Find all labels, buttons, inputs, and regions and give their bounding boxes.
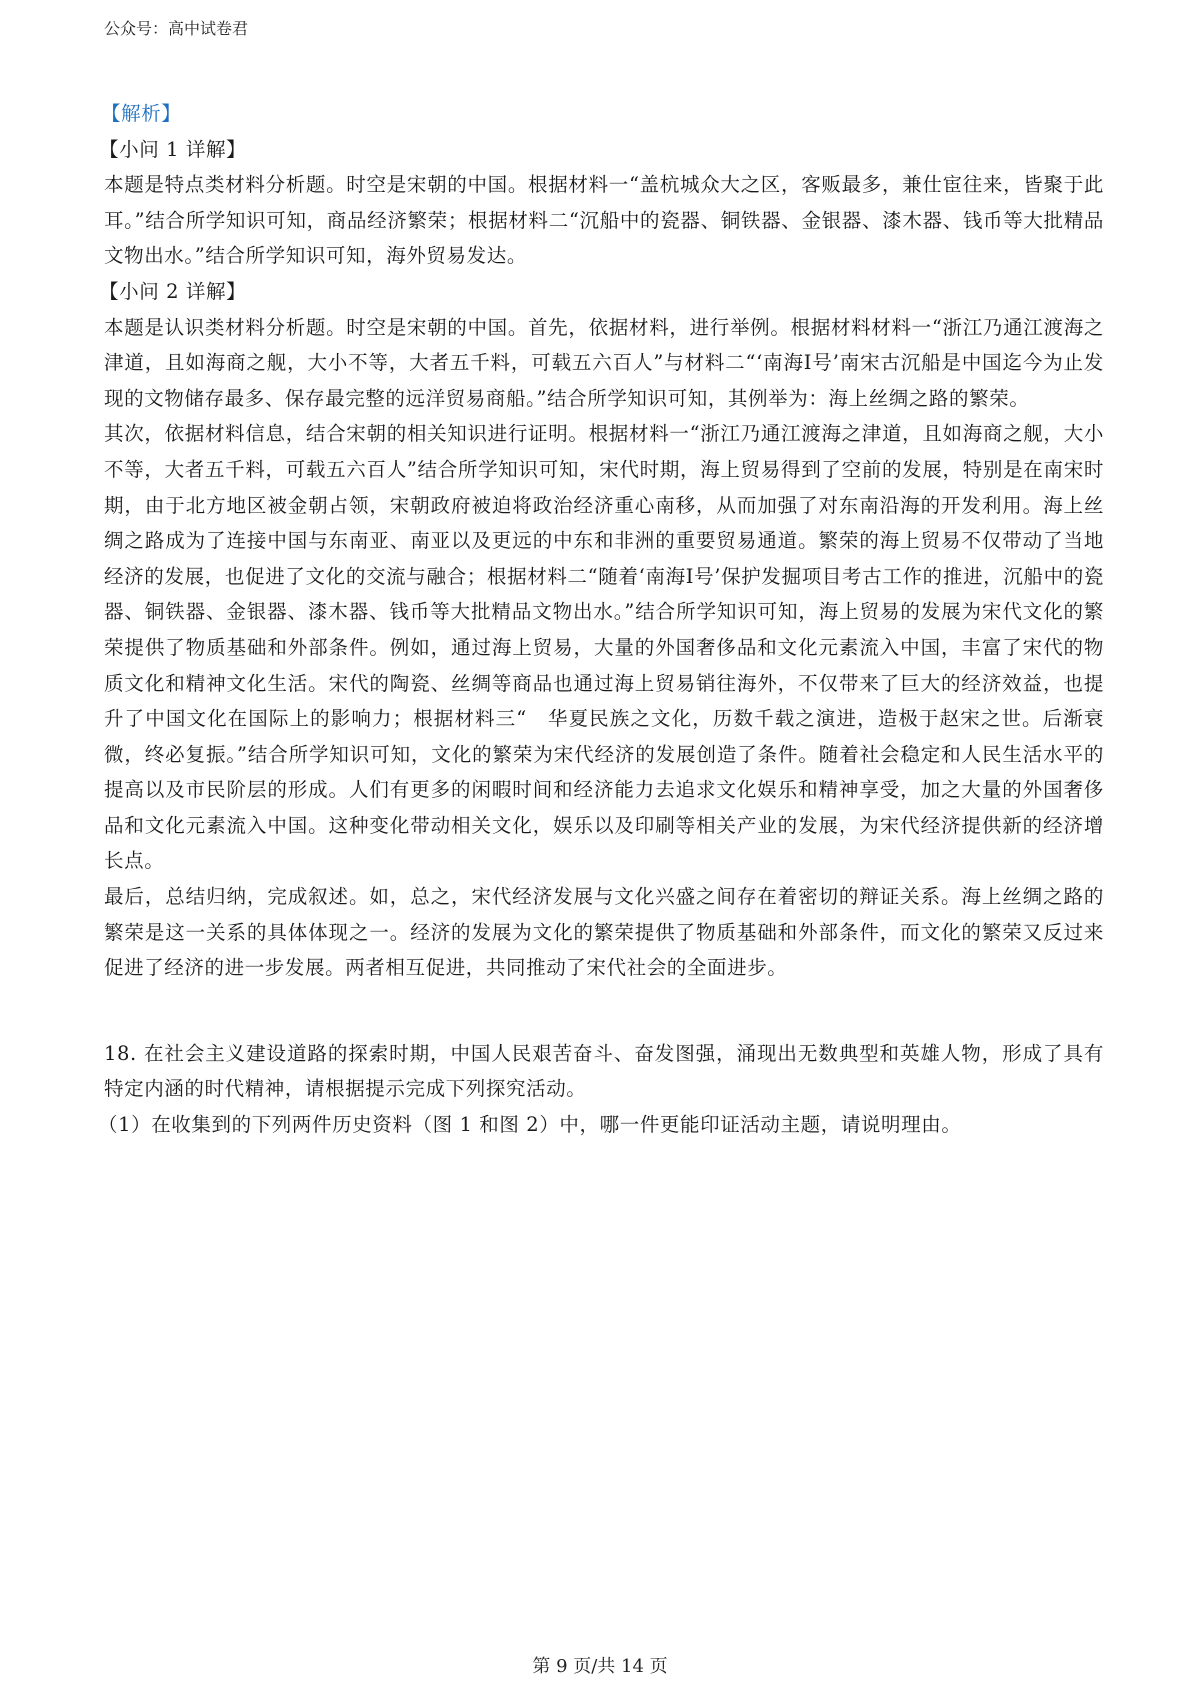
sub-question-1-paragraph: 本题是特点类材料分析题。时空是宋朝的中国。根据材料一“盖杭城众大之区，客贩最多，… [104, 167, 1104, 274]
analysis-title: 【解析】 [101, 96, 1104, 132]
document-body: 【解析】 【小问 1 详解】 本题是特点类材料分析题。时空是宋朝的中国。根据材料… [104, 96, 1104, 1143]
sub-question-2-label: 【小问 2 详解】 [99, 274, 1104, 310]
sub-question-1-label: 【小问 1 详解】 [99, 132, 1104, 168]
section-spacer [104, 986, 1104, 1036]
page-header-source: 公众号：高中试卷君 [104, 16, 248, 39]
sub-question-2-paragraph-example: 本题是认识类材料分析题。时空是宋朝的中国。首先，依据材料，进行举例。根据材料材料… [104, 310, 1104, 417]
question-18-stem: 18. 在社会主义建设道路的探索时期，中国人民艰苦奋斗、奋发图强，涌现出无数典型… [104, 1036, 1104, 1107]
page-footer-indicator: 第 9 页/共 14 页 [0, 1652, 1200, 1678]
question-number: 18. [104, 1042, 137, 1065]
question-stem-text: 在社会主义建设道路的探索时期，中国人民艰苦奋斗、奋发图强，涌现出无数典型和英雄人… [104, 1042, 1104, 1101]
sub-question-2-paragraph-summary: 最后，总结归纳，完成叙述。如，总之，宋代经济发展与文化兴盛之间存在着密切的辩证关… [104, 879, 1104, 986]
sub-question-2-paragraph-proof: 其次，依据材料信息，结合宋朝的相关知识进行证明。根据材料一“浙江乃通江渡海之津道… [104, 416, 1104, 879]
question-18-sub-1: （1）在收集到的下列两件历史资料（图 1 和图 2）中，哪一件更能印证活动主题，… [98, 1107, 1104, 1143]
